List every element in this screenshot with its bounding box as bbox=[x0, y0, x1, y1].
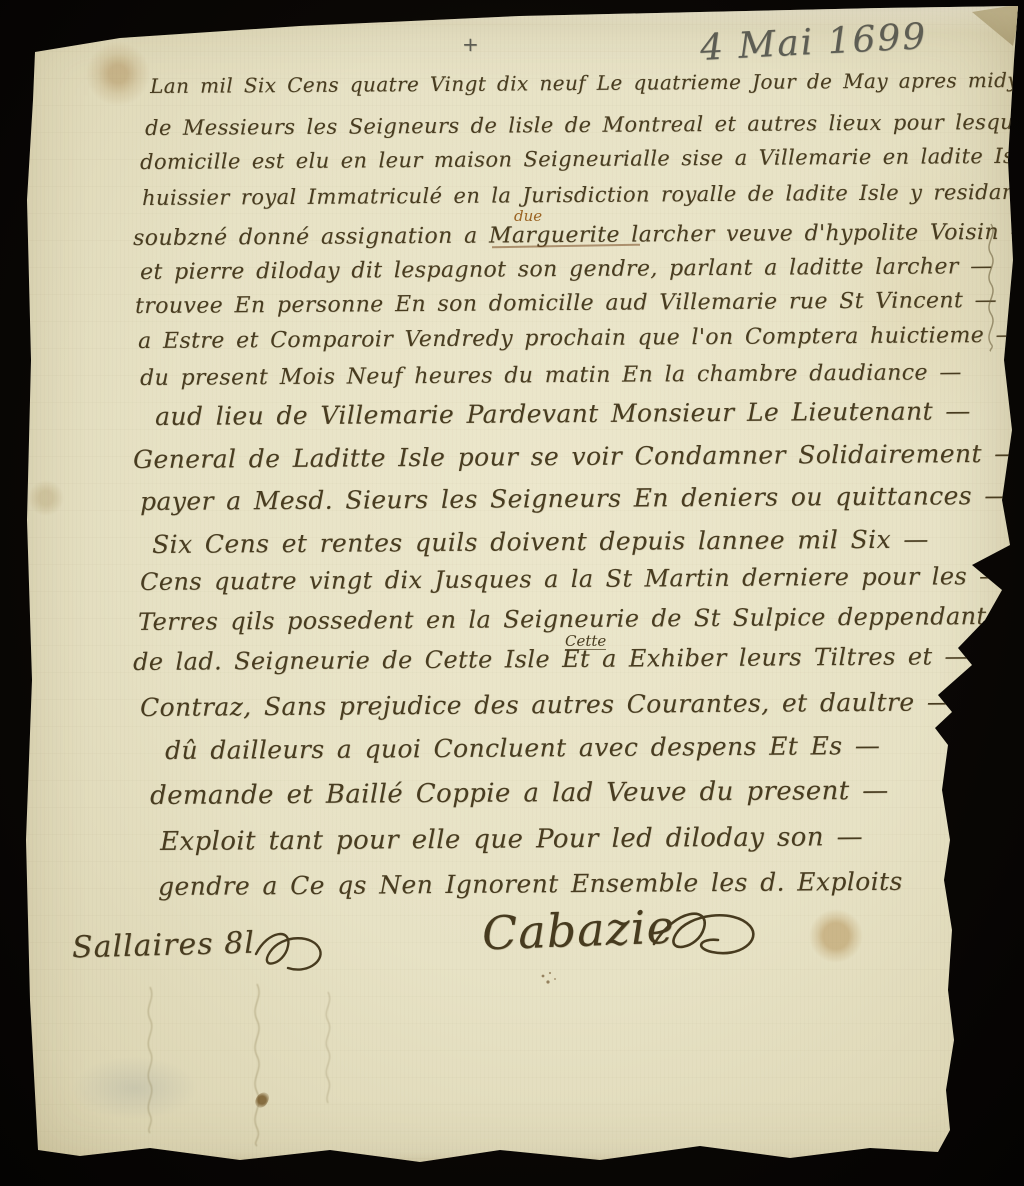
manuscript-line: de Messieurs les Seigneurs de lisle de M… bbox=[145, 112, 1024, 139]
manuscript-line: Exploit tant pour elle que Pour led dilo… bbox=[160, 824, 863, 855]
bleed-through-writing bbox=[246, 982, 268, 1147]
manuscript-line: General de Laditte Isle pour se voir Con… bbox=[133, 441, 1020, 472]
manuscript-line: du present Mois Neuf heures du matin En … bbox=[140, 362, 962, 390]
manuscript-line: payer a Mesd. Sieurs les Seigneurs En de… bbox=[140, 483, 1010, 514]
manuscript-line: aud lieu de Villemarie Pardevant Monsieu… bbox=[155, 398, 971, 429]
fee-note-paraph bbox=[248, 924, 328, 980]
torn-corner-fold bbox=[972, 4, 1022, 46]
manuscript-line: Six Cens et rentes quils doivent depuis … bbox=[152, 527, 929, 557]
manuscript-line: Contraz, Sans prejudice des autres Coura… bbox=[140, 689, 952, 720]
interline-insert-cette: Cette bbox=[565, 634, 606, 650]
archival-date-annotation: 4 Mai 1699 bbox=[699, 16, 928, 69]
manuscript-line: et pierre diloday dit lespagnot son gend… bbox=[140, 256, 993, 284]
manuscript-line: Lan mil Six Cens quatre Vingt dix neuf L… bbox=[150, 69, 1024, 96]
interline-correction-due: due bbox=[514, 209, 542, 224]
signature-cabazie: Cabazie bbox=[481, 900, 675, 961]
manuscript-sheet: 4 Mai 1699 + Lan mil Six Cens quatre Vin… bbox=[0, 0, 1024, 1186]
manuscript-line: a Estre et Comparoir Vendredy prochain q… bbox=[138, 325, 1018, 353]
manuscript-line: demande et Baillé Coppie a lad Veuve du … bbox=[150, 778, 889, 809]
manuscript-line: Cens quatre vingt dix Jusques a la St Ma… bbox=[140, 564, 1004, 594]
manuscript-line: huissier royal Immatriculé en la Jurisdi… bbox=[142, 182, 1024, 209]
ink-blot bbox=[253, 1090, 270, 1109]
manuscript-line: de lad. Seigneurie de Cette Isle Et a Ex… bbox=[133, 644, 969, 674]
bleed-through-writing bbox=[318, 990, 338, 1105]
manuscript-line: dû dailleurs a quoi Concluent avec despe… bbox=[165, 733, 880, 763]
photograph-backdrop: 4 Mai 1699 + Lan mil Six Cens quatre Vin… bbox=[0, 0, 1024, 1186]
manuscript-line: trouvee En personne En son domicille aud… bbox=[135, 290, 997, 318]
manuscript-line: domicille est elu en leur maison Seigneu… bbox=[140, 145, 1024, 173]
ink-speck bbox=[538, 968, 560, 990]
manuscript-line: Terres qils possedent en la Seigneurie d… bbox=[138, 604, 1023, 634]
fee-note-sallaires: Sallaires 8l bbox=[72, 926, 256, 966]
manuscript-line: gendre a Ce qs Nen Ignorent Ensemble les… bbox=[158, 869, 903, 899]
bleed-through-writing bbox=[140, 985, 160, 1135]
registration-cross-mark: + bbox=[462, 32, 481, 56]
